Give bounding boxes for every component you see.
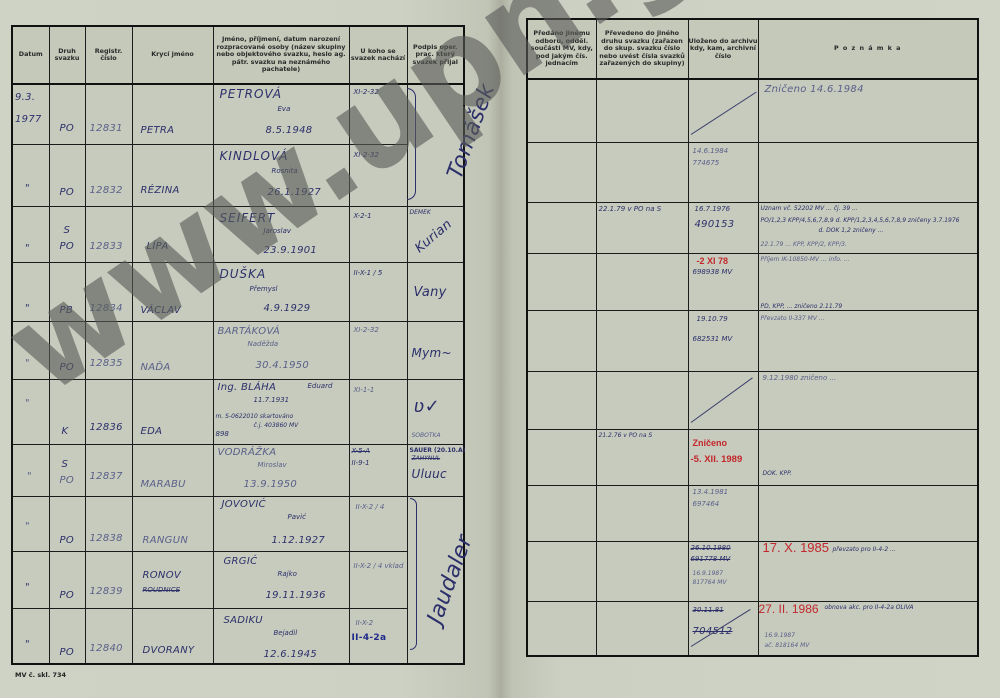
cell-ulozeno: 19.10.79 682531 MV <box>688 310 758 371</box>
cell-poznamka: 17. X. 1985 převzato pro II-4-2 ... <box>758 541 978 601</box>
cell-druh: PO <box>49 321 85 379</box>
cancel-stroke <box>690 92 756 135</box>
cell-kryci: PETRA <box>132 84 213 144</box>
cell-druh: PB <box>49 262 85 321</box>
signature-check: ʋ✓ <box>414 396 440 417</box>
cell-datum: " <box>12 206 49 262</box>
table-row: 22.1.79 v PO na S 16.7.1976 490153 Uznam… <box>527 202 978 253</box>
cell-poznamka: DOK. KPP. <box>758 429 978 485</box>
header-registr-cislo: Registr. číslo <box>85 26 132 84</box>
cell-poznamka: 9.12.1980 zničeno ... <box>758 371 978 429</box>
cell-poznamka: 27. II. 1986 obnova akc. pro II-4-2a OLI… <box>758 601 978 656</box>
table-row: " S PO 12837 MARABU VODRÁŽKA Miroslav 13… <box>12 444 464 496</box>
table-row: " PO 12840 DVORANY SADIKU Bejadil 12.6.1… <box>12 608 464 664</box>
cell-ulozeno <box>688 371 758 429</box>
cell-osoba: KINDLOVÁ Rosnita 26.1.1927 <box>213 144 349 206</box>
cancel-stroke <box>690 377 752 422</box>
cell-datum: " <box>12 144 49 206</box>
cell-osoba: JOVOVIĆ Pavić 1.12.1927 <box>213 496 349 551</box>
cell-poznamka: Příjem IK-10850-MV ... info. ... <box>758 253 978 310</box>
cell-poznamka: Uznam vč. 52202 MV ... čj. 39 ... PO/1,2… <box>758 202 978 253</box>
date-stamp: 27. II. 1986 <box>759 602 819 616</box>
table-row: " PO 12839 RONOV ROUDNICE GRGIĆ Rajko 19… <box>12 551 464 608</box>
cell-ulozeno: -2 XI 78 698938 MV <box>688 253 758 310</box>
table-row: 21.2.76 v PO na S Zničeno -5. XII. 1989 … <box>527 429 978 485</box>
cell-podpis: ʋ✓ SOBOTKA <box>407 379 464 444</box>
cell-osoba: SADIKU Bejadil 12.6.1945 <box>213 608 349 664</box>
cell-kryci: RÉZINA <box>132 144 213 206</box>
cell-osoba: BARTÁKOVÁ Naděžda 30.4.1950 <box>213 321 349 379</box>
cell-reg: 12840 <box>85 608 132 664</box>
cell-u-koho: II-X-2 / 4 vklad <box>349 551 407 608</box>
cell-reg: 12836 <box>85 379 132 444</box>
header-u-koho: U koho se svazek nachází <box>349 26 407 84</box>
cell-datum: " <box>12 608 49 664</box>
cell-reg: 12834 <box>85 262 132 321</box>
cell-osoba: VODRÁŽKA Miroslav 13.9.1950 <box>213 444 349 496</box>
bracket-mark <box>407 88 416 200</box>
cell-osoba: SEIFERT Jaroslav 23.9.1901 <box>213 206 349 262</box>
cell-podpis: DEMEK Kurian <box>407 206 464 262</box>
cell-ulozeno: 14.6.1984 774675 <box>688 142 758 202</box>
cell-ulozeno: Zničeno -5. XII. 1989 <box>688 429 758 485</box>
cell-kryci: LÍPA <box>132 206 213 262</box>
cell-kryci: MARABU <box>132 444 213 496</box>
signature: Kurian <box>412 216 455 255</box>
cell-ulozeno: 16.7.1976 490153 <box>688 202 758 253</box>
cell-reg: 12832 <box>85 144 132 206</box>
header-druh-svazku: Druh svazku <box>49 26 85 84</box>
cell-ulozeno: 30.11.81 704512 <box>688 601 758 656</box>
cell-osoba: GRGIĆ Rajko 19.11.1936 <box>213 551 349 608</box>
cell-datum: " <box>12 551 49 608</box>
cell-druh: PO <box>49 84 85 144</box>
table-row: 13.4.1981 697464 <box>527 485 978 541</box>
cell-u-koho: XI-2-32 <box>349 321 407 379</box>
cell-ulozeno: 26.10.1980 691778 MV 16.9.1987 817764 MV <box>688 541 758 601</box>
table-row: 30.11.81 704512 27. II. 1986 obnova akc.… <box>527 601 978 656</box>
cell-poznamka: Zničeno 14.6.1984 <box>758 79 978 142</box>
cell-reg: 12833 <box>85 206 132 262</box>
table-row: " K 12836 EDA Ing. BLÁHA Eduard 11.7.193… <box>12 379 464 444</box>
right-header-row: Předáno jinému odboru, odděl. součásti M… <box>527 19 978 79</box>
signature: Mym~ <box>412 346 452 360</box>
cell-u-koho: II-X-2 / 4 <box>349 496 407 551</box>
table-row: -2 XI 78 698938 MV Příjem IK-10850-MV ..… <box>527 253 978 310</box>
header-podpis: Podpis oper. prac. který svazek přijal <box>407 26 464 84</box>
signature: Uluuc <box>412 467 447 481</box>
cell-datum: " <box>12 496 49 551</box>
header-ulozeno: Uloženo do archivu kdy, kam, archivní čí… <box>688 19 758 79</box>
cell-kryci: RANGUN <box>132 496 213 551</box>
header-jmeno-osoby: Jméno, příjmení, datum narození rozpraco… <box>213 26 349 84</box>
cell-reg: 12831 <box>85 84 132 144</box>
cell-osoba: DUŠKA Přemysl 4.9.1929 <box>213 262 349 321</box>
header-prevedeno: Převedeno do jiného druhu svazku (zařaze… <box>596 19 688 79</box>
cell-podpis: Mym~ <box>407 321 464 379</box>
cell-prevedeno: 22.1.79 v PO na S <box>596 202 688 253</box>
table-row: 14.6.1984 774675 <box>527 142 978 202</box>
table-row: 9.3. 1977 PO 12831 PETRA PETROVÁ Eva 8.5… <box>12 84 464 144</box>
table-row: " PB 12834 VÁCLAV DUŠKA Přemysl 4.9.1929… <box>12 262 464 321</box>
cell-datum: " <box>12 379 49 444</box>
table-row: 19.10.79 682531 MV PD, KPP, ... zničeno … <box>527 310 978 371</box>
cell-podpis: SAUER (20.10.A) ZAHYNUL Uluuc <box>407 444 464 496</box>
cell-druh: S PO <box>49 444 85 496</box>
cell-ulozeno: 13.4.1981 697464 <box>688 485 758 541</box>
cell-kryci: NAĎA <box>132 321 213 379</box>
cell-u-koho: X-2-1 <box>349 206 407 262</box>
cell-poznamka: PD, KPP, ... zničeno 2.11.79 Převzato II… <box>758 310 978 371</box>
cell-kryci: VÁCLAV <box>132 262 213 321</box>
cell-druh: PO <box>49 496 85 551</box>
cell-u-koho: X-5-A II-9-1 <box>349 444 407 496</box>
header-predano: Předáno jinému odboru, odděl. součásti M… <box>527 19 596 79</box>
cell-osoba: Ing. BLÁHA Eduard 11.7.1931 m. S-0622010… <box>213 379 349 444</box>
cell-datum: " <box>12 444 49 496</box>
form-number: MV č. skl. 734 <box>15 671 66 679</box>
header-kryci-jmeno: Krycí jméno <box>132 26 213 84</box>
table-row: " PO 12835 NAĎA BARTÁKOVÁ Naděžda 30.4.1… <box>12 321 464 379</box>
destroyed-stamp-label: Zničeno <box>693 438 728 448</box>
cell-u-koho: XI-1-1 <box>349 379 407 444</box>
cell-osoba: PETROVÁ Eva 8.5.1948 <box>213 84 349 144</box>
cell-reg: 12835 <box>85 321 132 379</box>
signature: Vany <box>414 285 447 300</box>
cell-datum: " <box>12 262 49 321</box>
cell-u-koho: II-X-1 / 5 <box>349 262 407 321</box>
date-stamp: 17. X. 1985 <box>763 540 830 555</box>
cell-datum: 9.3. 1977 <box>12 84 49 144</box>
cell-datum: " <box>12 321 49 379</box>
destroyed-stamp-date: -5. XII. 1989 <box>691 454 743 465</box>
cell-druh: K <box>49 379 85 444</box>
left-header-row: Datum Druh svazku Registr. číslo Krycí j… <box>12 26 464 84</box>
cell-druh: PO <box>49 551 85 608</box>
header-datum: Datum <box>12 26 49 84</box>
cell-kryci: RONOV ROUDNICE <box>132 551 213 608</box>
table-row: 9.12.1980 zničeno ... <box>527 371 978 429</box>
cell-druh: PO <box>49 144 85 206</box>
cell-prevedeno: 21.2.76 v PO na S <box>596 429 688 485</box>
table-row: 26.10.1980 691778 MV 16.9.1987 817764 MV… <box>527 541 978 601</box>
cell-reg: 12839 <box>85 551 132 608</box>
bracket-mark <box>410 498 417 650</box>
archive-stamp: -2 XI 78 <box>697 256 729 266</box>
cell-kryci: EDA <box>132 379 213 444</box>
cell-u-koho: II-X-2 II-4-2a <box>349 608 407 664</box>
cell-kryci: DVORANY <box>132 608 213 664</box>
cell-reg: 12837 <box>85 444 132 496</box>
cell-u-koho: XI-2-32 <box>349 84 407 144</box>
cell-druh: S PO <box>49 206 85 262</box>
table-row: " S PO 12833 LÍPA SEIFERT Jaroslav 23.9.… <box>12 206 464 262</box>
table-row: Zničeno 14.6.1984 <box>527 79 978 142</box>
cell-ulozeno <box>688 79 758 142</box>
cell-u-koho: XI-2-32 <box>349 144 407 206</box>
right-ledger-table: Předáno jinému odboru, odděl. součásti M… <box>526 18 979 657</box>
cell-podpis: Vany <box>407 262 464 321</box>
header-poznamka: P o z n á m k a <box>758 19 978 79</box>
cell-reg: 12838 <box>85 496 132 551</box>
table-row: " PO 12838 RANGUN JOVOVIĆ Pavić 1.12.192… <box>12 496 464 551</box>
cell-druh: PO <box>49 608 85 664</box>
table-row: " PO 12832 RÉZINA KINDLOVÁ Rosnita 26.1.… <box>12 144 464 206</box>
left-ledger-table: Datum Druh svazku Registr. číslo Krycí j… <box>11 25 465 665</box>
